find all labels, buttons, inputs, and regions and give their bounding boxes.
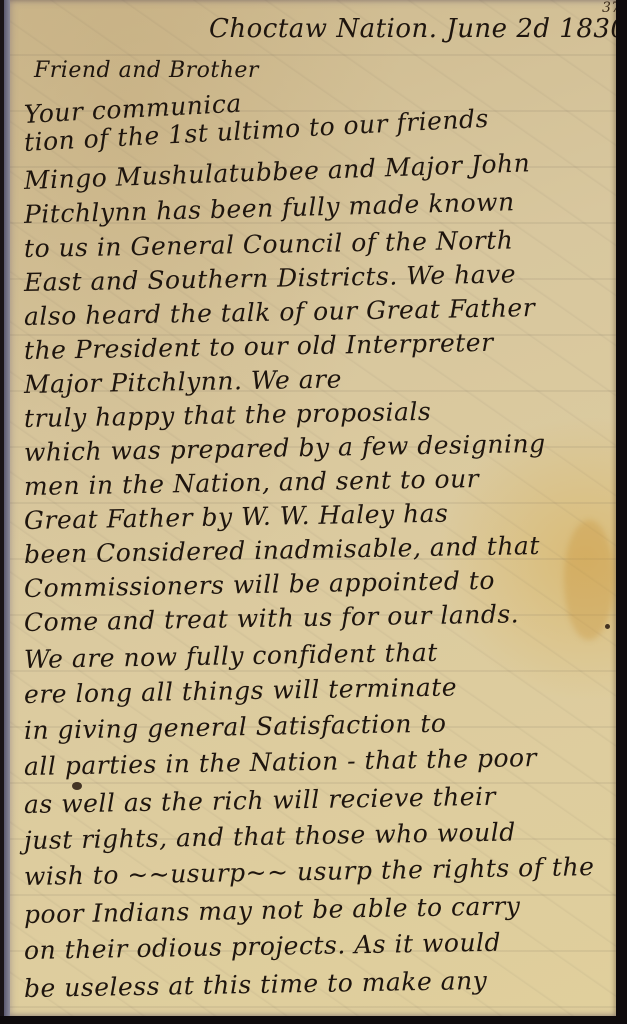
letter-line-17: We are now fully confident that	[24, 638, 438, 674]
scan-border-bottom	[0, 1016, 627, 1024]
letter-line-9: Major Pitchlynn. We are	[24, 364, 342, 399]
letter-line-16: Come and treat with us for our lands.	[24, 599, 520, 637]
letter-line-22: just rights, and that those who would	[24, 817, 516, 855]
letter-line-11: which was prepared by a few designing	[24, 429, 546, 467]
ink-blot	[605, 624, 610, 629]
dateline: Choctaw Nation. June 2d 1830	[209, 14, 627, 44]
letter-line-14: been Considered inadmisable, and that	[24, 531, 540, 569]
ink-blot	[72, 782, 82, 790]
letter-line-19: in giving general Satisfaction to	[24, 709, 447, 745]
letter-line-13: Great Father by W. W. Haley has	[24, 499, 449, 535]
letter-line-20: all parties in the Nation - that the poo…	[24, 743, 537, 781]
letter-line-12: men in the Nation, and sent to our	[24, 464, 480, 501]
scan-border-right	[616, 0, 627, 1024]
letter-line-7: also heard the talk of our Great Father	[24, 293, 536, 331]
letter-line-18: ere long all things will terminate	[24, 672, 458, 709]
ink-stain	[564, 520, 614, 640]
letter-line-6: East and Southern Districts. We have	[24, 259, 517, 297]
salutation: Friend and Brother	[34, 58, 259, 83]
letter-line-4: Pitchlynn has been fully made known	[24, 187, 515, 229]
page-left-edge	[4, 0, 10, 1016]
letter-line-15: Commissioners will be appointed to	[24, 566, 495, 603]
letter-line-5: to us in General Council of the North	[24, 225, 514, 263]
letter-line-10: truly happy that the proposials	[24, 397, 432, 433]
letter-line-21: as well as the rich will recieve their	[24, 782, 496, 819]
letter-line-26: be useless at this time to make any	[24, 966, 488, 1003]
letter-line-8: the President to our old Interpreter	[24, 328, 494, 365]
letter-line-25: on their odious projects. As it would	[24, 928, 502, 965]
letter-line-23: wish to ~~usurp~~ usurp the rights of th…	[24, 852, 595, 891]
letter-line-24: poor Indians may not be able to carry	[24, 891, 521, 929]
manuscript-page: 37 Choctaw Nation. June 2d 1830 Friend a…	[4, 0, 616, 1016]
